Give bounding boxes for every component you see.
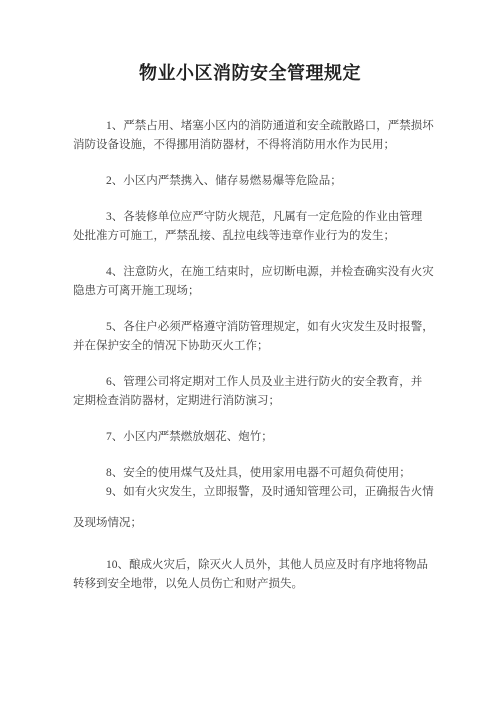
paragraph: 6、管理公司将定期对工作人员及业主进行防火的安全教育，并定期检查消防器材，定期进… [73, 373, 438, 411]
paragraph: 7、小区内严禁燃放烟花、炮竹； [73, 428, 438, 447]
paragraph-line: 5、各住户必须严格遵守消防管理规定，如有火灾发生及时报警， [73, 318, 438, 337]
document-body: 1、严禁占用、堵塞小区内的消防通道和安全疏散路口，严禁损坏消防设备设施，不得挪用… [73, 117, 438, 594]
paragraph: 8、安全的使用煤气及灶具，使用家用电器不可超负荷使用； [73, 464, 438, 483]
paragraph: 2、小区内严禁携入、储存易燃易爆等危险品； [73, 172, 438, 191]
paragraph-line: 并在保护安全的情况下协助灭火工作； [73, 337, 438, 356]
paragraph-line: 8、安全的使用煤气及灶具，使用家用电器不可超负荷使用； [73, 464, 438, 483]
paragraph: 4、注意防火，在施工结束时，应切断电源，并检查确实没有火灾隐患方可离开施工现场； [73, 263, 438, 301]
paragraph-line: 及现场情况； [73, 514, 438, 533]
paragraph-line: 4、注意防火，在施工结束时，应切断电源，并检查确实没有火灾 [73, 263, 438, 282]
paragraph-line: 9、如有火灾发生，立即报警，及时通知管理公司，正确报告火情 [73, 483, 438, 502]
document-title: 物业小区消防安全管理规定 [0, 63, 500, 83]
paragraph-line: 定期检查消防器材，定期进行消防演习； [73, 392, 438, 411]
paragraph-line: 处批准方可施工，严禁乱接、乱拉电线等违章作业行为的发生； [73, 227, 438, 246]
paragraph-line: 6、管理公司将定期对工作人员及业主进行防火的安全教育，并 [73, 373, 438, 392]
paragraph-line: 2、小区内严禁携入、储存易燃易爆等危险品； [73, 172, 438, 191]
paragraph: 及现场情况； [73, 514, 438, 533]
document-page: 物业小区消防安全管理规定 1、严禁占用、堵塞小区内的消防通道和安全疏散路口，严禁… [0, 0, 500, 708]
paragraph-line: 7、小区内严禁燃放烟花、炮竹； [73, 428, 438, 447]
paragraph-line: 10、酿成火灾后，除灭火人员外，其他人员应及时有序地将物品 [73, 556, 438, 575]
paragraph-line: 3、各装修单位应严守防火规范，凡属有一定危险的作业由管理 [73, 208, 438, 227]
paragraph: 3、各装修单位应严守防火规范，凡属有一定危险的作业由管理处批准方可施工，严禁乱接… [73, 208, 438, 246]
paragraph: 5、各住户必须严格遵守消防管理规定，如有火灾发生及时报警，并在保护安全的情况下协… [73, 318, 438, 356]
paragraph-line: 转移到安全地带，以免人员伤亡和财产损失。 [73, 575, 438, 594]
paragraph: 9、如有火灾发生，立即报警，及时通知管理公司，正确报告火情 [73, 483, 438, 502]
paragraph: 1、严禁占用、堵塞小区内的消防通道和安全疏散路口，严禁损坏消防设备设施，不得挪用… [73, 117, 438, 155]
paragraph-line: 消防设备设施，不得挪用消防器材，不得将消防用水作为民用； [73, 136, 438, 155]
paragraph: 10、酿成火灾后，除灭火人员外，其他人员应及时有序地将物品转移到安全地带，以免人… [73, 556, 438, 594]
paragraph-line: 隐患方可离开施工现场； [73, 282, 438, 301]
paragraph-line: 1、严禁占用、堵塞小区内的消防通道和安全疏散路口，严禁损坏 [73, 117, 438, 136]
